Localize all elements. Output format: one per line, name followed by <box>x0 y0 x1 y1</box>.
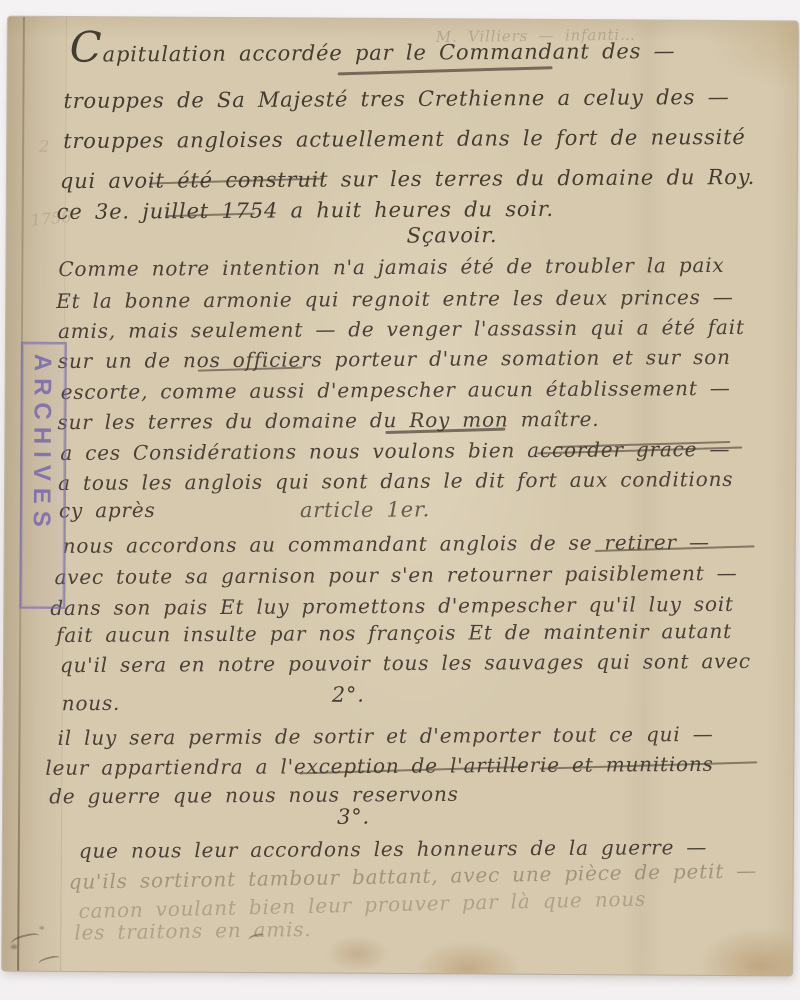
article-3-line: que nous leur accordons les honneurs de … <box>79 837 707 861</box>
title-line: trouppes angloises actuellement dans le … <box>63 127 746 152</box>
article-2-line: il luy sera permis de sortir et d'emport… <box>57 724 713 748</box>
archives-stamp-text: ARCHIVES <box>27 354 56 534</box>
article-1-heading: article 1er. <box>300 499 430 521</box>
article-1-line: dans son pais Et luy promettons d'empesc… <box>50 594 734 618</box>
article-3-line: canon voulant bien leur prouver par là q… <box>78 889 646 921</box>
preamble-line: escorte, comme aussi d'empescher aucun é… <box>61 378 731 402</box>
title-line: qui avoit été construit sur les terres d… <box>60 167 755 192</box>
preamble-line: sur les terres du domaine du Roy mon maî… <box>57 409 599 432</box>
article-3-heading: 3°. <box>337 807 370 828</box>
article-2-heading: 2°. <box>332 685 365 706</box>
preamble-line: sur un de nos officiers porteur d'une so… <box>58 347 731 371</box>
article-1-line: qu'il sera en notre pouvoir tous les sau… <box>60 651 751 675</box>
considerations-line: cy après <box>59 500 156 521</box>
article-1-line: nous accordons au commandant anglois de … <box>63 532 710 556</box>
scan-background: M. Villiers — infanti… 2 1756 Capitulati… <box>0 0 800 1000</box>
ink-strike-mark <box>338 66 553 75</box>
margin-mark: 2 <box>39 137 49 156</box>
article-1-line: avec toute sa garnison pour s'en retourn… <box>54 563 737 587</box>
article-2-line: de guerre que nous nous reservons <box>49 784 459 807</box>
article-1-line: nous. <box>62 693 121 713</box>
article-1-line: fait aucun insulte par nos françois Et d… <box>56 621 732 645</box>
preamble-line: Et la bonne armonie qui regnoit entre le… <box>56 287 734 311</box>
title-line: trouppes de Sa Majesté tres Crethienne a… <box>63 87 729 112</box>
savoir-heading: Sçavoir. <box>407 225 498 247</box>
preamble-line: amis, mais seulement — de venger l'assas… <box>58 317 745 341</box>
title-line: Capitulation accordée par le Commandant … <box>70 41 676 66</box>
manuscript-page: M. Villiers — infanti… 2 1756 Capitulati… <box>2 17 798 976</box>
title-line: ce 3e. juillet 1754 a huit heures du soi… <box>57 199 554 223</box>
article-3-line: les traitons en amis. <box>74 919 311 943</box>
archives-stamp: ARCHIVES <box>19 342 67 609</box>
ink-scribble <box>9 931 41 950</box>
preamble-line: Comme notre intention n'a jamais été de … <box>58 255 724 279</box>
article-3-line: qu'ils sortiront tambour battant, avec u… <box>69 860 758 891</box>
considerations-line: a tous les anglois qui sont dans le dit … <box>58 469 733 493</box>
ink-scribble <box>37 954 61 968</box>
